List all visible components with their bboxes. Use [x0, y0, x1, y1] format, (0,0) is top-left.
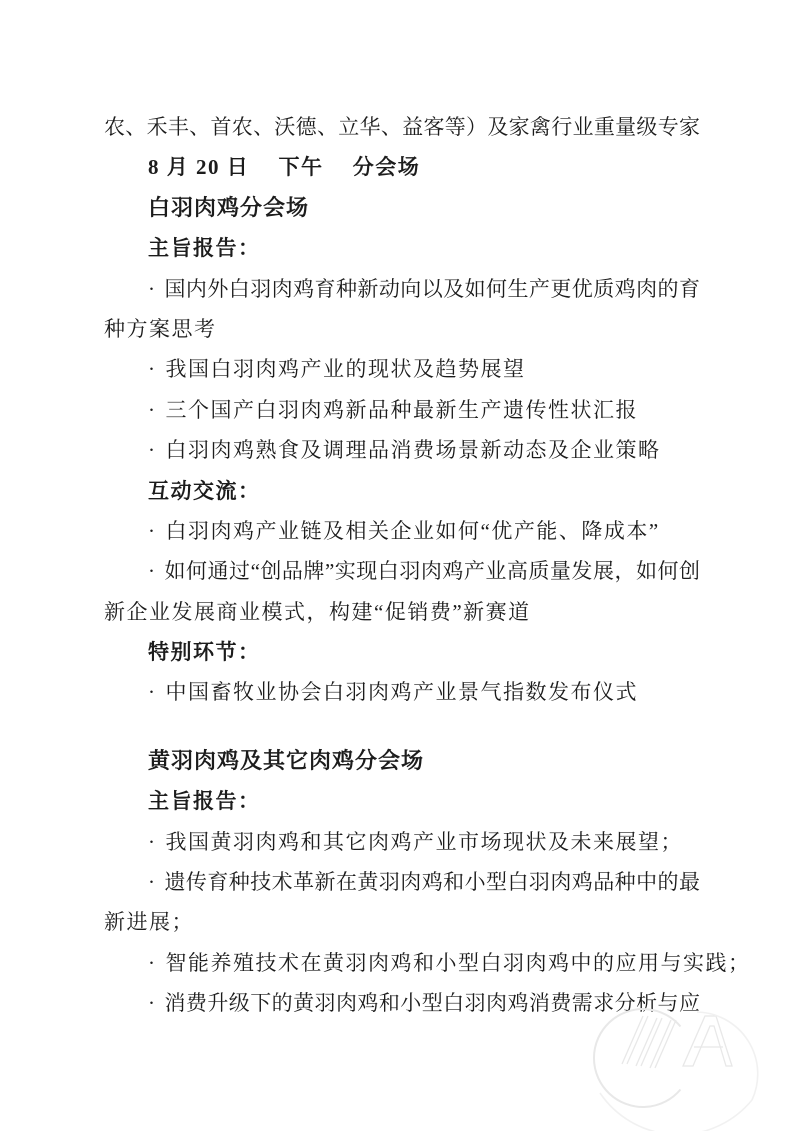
bullet-item: ·我国黄羽肉鸡和其它肉鸡产业市场现状及未来展望； [104, 822, 700, 862]
bullet-text: 我国白羽肉鸡产业的现状及趋势展望 [166, 357, 526, 381]
bullet-dot-icon: · [148, 511, 157, 551]
bullet-item: ·中国畜牧业协会白羽肉鸡产业景气指数发布仪式 [104, 672, 700, 712]
bullet-text: 消费升级下的黄羽肉鸡和小型白羽肉鸡消费需求分析与应 [164, 991, 700, 1015]
subsection-label: 特别环节： [104, 632, 700, 672]
bullet-dot-icon: · [148, 269, 155, 309]
bullet-text: 如何通过“创品牌”实现白羽肉鸡产业高质量发展，如何创 [164, 559, 700, 583]
bullet-item: ·智能养殖技术在黄羽肉鸡和小型白羽肉鸡中的应用与实践； [104, 943, 700, 983]
bullet-item: ·遗传育种技术革新在黄羽肉鸡和小型白羽肉鸡品种中的最 [104, 862, 700, 902]
bullet-text: 智能养殖技术在黄羽肉鸡和小型白羽肉鸡中的应用与实践； [166, 951, 751, 975]
bullet-item: ·我国白羽肉鸡产业的现状及趋势展望 [104, 349, 700, 389]
subsection-label: 主旨报告： [104, 781, 700, 821]
bullet-item: ·白羽肉鸡熟食及调理品消费场景新动态及企业策略 [104, 430, 700, 470]
bullet-dot-icon: · [148, 943, 157, 983]
bullet-text: 国内外白羽肉鸡育种新动向以及如何生产更优质鸡肉的育 [164, 277, 700, 301]
bullet-text: 白羽肉鸡熟食及调理品消费场景新动态及企业策略 [166, 438, 661, 462]
bullet-dot-icon: · [148, 672, 157, 712]
bullet-dot-icon: · [148, 822, 157, 862]
bullet-item: ·白羽肉鸡产业链及相关企业如何“优产能、降成本” [104, 511, 700, 551]
subsection-label: 互动交流： [104, 471, 700, 511]
text-line: 新企业发展商业模式，构建“促销费”新赛道 [104, 592, 700, 632]
section-heading: 黄羽肉鸡及其它肉鸡分会场 [104, 741, 700, 781]
bullet-dot-icon: · [148, 551, 155, 591]
bullet-text: 遗传育种技术革新在黄羽肉鸡和小型白羽肉鸡品种中的最 [164, 870, 700, 894]
subsection-label: 主旨报告： [104, 228, 700, 268]
section-gap [104, 713, 700, 741]
bullet-dot-icon: · [148, 983, 155, 1023]
bullet-text: 中国畜牧业协会白羽肉鸡产业景气指数发布仪式 [166, 680, 639, 704]
text-line: 新进展； [104, 902, 700, 942]
bullet-dot-icon: · [148, 349, 157, 389]
bullet-dot-icon: · [148, 430, 157, 470]
bullet-text: 三个国产白羽肉鸡新品种最新生产遗传性状汇报 [166, 398, 639, 422]
document-page: 农、禾丰、首农、沃德、立华、益客等）及家禽行业重量级专家8 月 20 日 下午 … [0, 0, 800, 1131]
section-heading: 白羽肉鸡分会场 [104, 188, 700, 228]
subsection-label: 8 月 20 日 下午 分会场 [104, 147, 700, 187]
text-line: 农、禾丰、首农、沃德、立华、益客等）及家禽行业重量级专家 [104, 107, 700, 147]
text-line: 种方案思考 [104, 309, 700, 349]
bullet-item: ·国内外白羽肉鸡育种新动向以及如何生产更优质鸡肉的育 [104, 269, 700, 309]
bullet-dot-icon: · [148, 390, 157, 430]
bullet-item: ·三个国产白羽肉鸡新品种最新生产遗传性状汇报 [104, 390, 700, 430]
bullet-item: ·消费升级下的黄羽肉鸡和小型白羽肉鸡消费需求分析与应 [104, 983, 700, 1023]
document-body: 农、禾丰、首农、沃德、立华、益客等）及家禽行业重量级专家8 月 20 日 下午 … [104, 107, 700, 1024]
bullet-dot-icon: · [148, 862, 155, 902]
bullet-item: ·如何通过“创品牌”实现白羽肉鸡产业高质量发展，如何创 [104, 551, 700, 591]
bullet-text: 白羽肉鸡产业链及相关企业如何“优产能、降成本” [166, 519, 660, 543]
bullet-text: 我国黄羽肉鸡和其它肉鸡产业市场现状及未来展望； [166, 830, 684, 854]
